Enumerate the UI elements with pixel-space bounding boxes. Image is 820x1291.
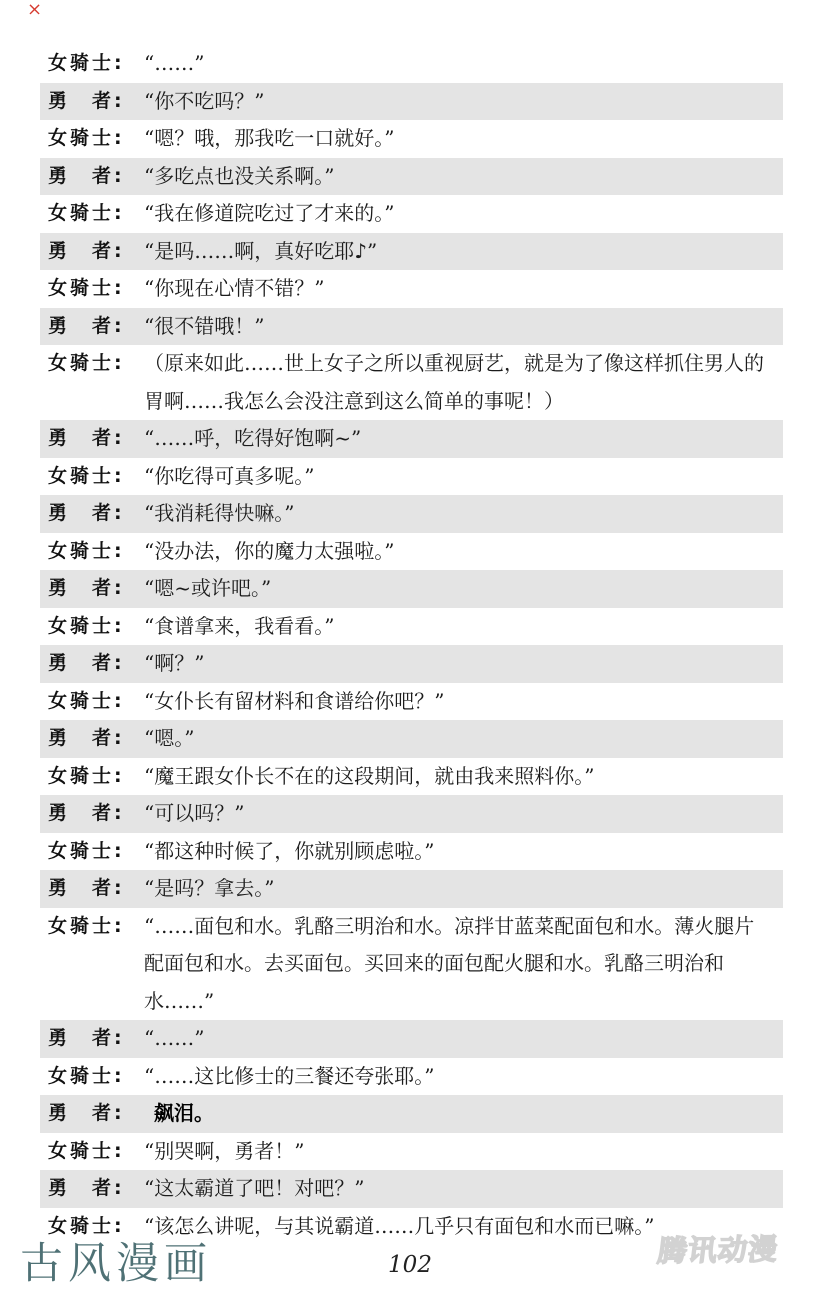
dialogue-text: “……呼，吃得好饱啊~” — [144, 420, 361, 458]
dialogue-line: “女仆长有留材料和食谱给你吧？” — [144, 683, 444, 721]
dialogue-row: 勇 者:“这太霸道了吧！对吧？” — [40, 1170, 783, 1208]
dialogue-row: 女骑士:“没办法，你的魔力太强啦。” — [40, 533, 783, 571]
dialogue-text: “该怎么讲呢，与其说霸道……几乎只有面包和水而已嘛。” — [144, 1208, 654, 1246]
speaker-label: 勇 者: — [48, 720, 138, 758]
speaker-label: 女骑士: — [48, 345, 138, 383]
speaker-label: 勇 者: — [48, 1020, 138, 1058]
dialogue-text: “都这种时候了，你就别顾虑啦。” — [144, 833, 434, 871]
close-icon[interactable]: × — [27, 0, 42, 20]
dialogue-row: 勇 者:“……呼，吃得好饱啊~” — [40, 420, 783, 458]
dialogue-text: “很不错哦！” — [144, 308, 264, 346]
dialogue-row: 女骑士:“……这比修士的三餐还夸张耶。” — [40, 1058, 783, 1096]
dialogue-line: 水……” — [144, 983, 754, 1021]
dialogue-line: “……这比修士的三餐还夸张耶。” — [144, 1058, 434, 1096]
dialogue-line: “……” — [144, 1020, 204, 1058]
dialogue-line: “魔王跟女仆长不在的这段期间，就由我来照料你。” — [144, 758, 594, 796]
speaker-label: 勇 者: — [48, 420, 138, 458]
dialogue-text: “你不吃吗？” — [144, 83, 264, 121]
speaker-label: 女骑士: — [48, 195, 138, 233]
dialogue-line: “没办法，你的魔力太强啦。” — [144, 533, 394, 571]
dialogue-line: “都这种时候了，你就别顾虑啦。” — [144, 833, 434, 871]
dialogue-text: “嗯~或许吧。” — [144, 570, 271, 608]
dialogue-text: “我在修道院吃过了才来的。” — [144, 195, 394, 233]
speaker-label: 勇 者: — [48, 1095, 138, 1133]
dialogue-text: “女仆长有留材料和食谱给你吧？” — [144, 683, 444, 721]
speaker-label: 女骑士: — [48, 608, 138, 646]
dialogue-row: 勇 者:“是吗……啊，真好吃耶♪” — [40, 233, 783, 271]
dialogue-line: “这太霸道了吧！对吧？” — [144, 1170, 364, 1208]
dialogue-row: 女骑士:“你现在心情不错？” — [40, 270, 783, 308]
dialogue-line: “我在修道院吃过了才来的。” — [144, 195, 394, 233]
dialogue-line: 配面包和水。去买面包。买回来的面包配火腿和水。乳酪三明治和 — [144, 945, 754, 983]
speaker-label: 勇 者: — [48, 495, 138, 533]
speaker-label: 女骑士: — [48, 270, 138, 308]
dialogue-text: “……” — [144, 1020, 204, 1058]
speaker-label: 勇 者: — [48, 645, 138, 683]
dialogue-row: 勇 者:“嗯。” — [40, 720, 783, 758]
speaker-label: 女骑士: — [48, 758, 138, 796]
dialogue-text: “……面包和水。乳酪三明治和水。凉拌甘蓝菜配面包和水。薄火腿片配面包和水。去买面… — [144, 908, 754, 1021]
dialogue-text: “你吃得可真多呢。” — [144, 458, 314, 496]
dialogue-line: “我消耗得快嘛。” — [144, 495, 294, 533]
dialogue-text: “……” — [144, 45, 204, 83]
dialogue-text: “魔王跟女仆长不在的这段期间，就由我来照料你。” — [144, 758, 594, 796]
dialogue-row: 勇 者:“是吗？拿去。” — [40, 870, 783, 908]
dialogue-text: “是吗……啊，真好吃耶♪” — [144, 233, 377, 271]
speaker-label: 女骑士: — [48, 833, 138, 871]
dialogue-row: 女骑士:“魔王跟女仆长不在的这段期间，就由我来照料你。” — [40, 758, 783, 796]
dialogue-row: 勇 者:“……” — [40, 1020, 783, 1058]
dialogue-line: “……” — [144, 45, 204, 83]
dialogue-row: 女骑士:“别哭啊，勇者！” — [40, 1133, 783, 1171]
speaker-label: 女骑士: — [48, 45, 138, 83]
speaker-label: 女骑士: — [48, 458, 138, 496]
dialogue-row: 勇 者:“很不错哦！” — [40, 308, 783, 346]
dialogue-line: “你不吃吗？” — [144, 83, 264, 121]
speaker-label: 勇 者: — [48, 1170, 138, 1208]
speaker-label: 勇 者: — [48, 870, 138, 908]
dialogue-text: “别哭啊，勇者！” — [144, 1133, 304, 1171]
speaker-label: 勇 者: — [48, 83, 138, 121]
dialogue-line: “是吗？拿去。” — [144, 870, 274, 908]
speaker-label: 勇 者: — [48, 308, 138, 346]
dialogue-text: （原来如此……世上女子之所以重视厨艺，就是为了像这样抓住男人的胃啊……我怎么会没… — [144, 345, 764, 420]
dialogue-row: 勇 者:飙泪。 — [40, 1095, 783, 1133]
dialogue-row: 勇 者:“嗯~或许吧。” — [40, 570, 783, 608]
dialogue-row: 女骑士:“……” — [40, 45, 783, 83]
dialogue-text: “这太霸道了吧！对吧？” — [144, 1170, 364, 1208]
speaker-label: 女骑士: — [48, 683, 138, 721]
dialogue-line: （原来如此……世上女子之所以重视厨艺，就是为了像这样抓住男人的 — [144, 345, 764, 383]
dialogue-line: “食谱拿来，我看看。” — [144, 608, 334, 646]
speaker-label: 女骑士: — [48, 533, 138, 571]
dialogue-line: “嗯？哦，那我吃一口就好。” — [144, 120, 394, 158]
dialogue-text: “是吗？拿去。” — [144, 870, 274, 908]
dialogue-line: 胃啊……我怎么会没注意到这么简单的事呢！） — [144, 383, 764, 421]
dialogue-line: 飙泪。 — [154, 1095, 214, 1133]
dialogue-line: “别哭啊，勇者！” — [144, 1133, 304, 1171]
dialogue-row: 女骑士:（原来如此……世上女子之所以重视厨艺，就是为了像这样抓住男人的胃啊……我… — [40, 345, 783, 420]
dialogue-transcript: 女骑士:“……”勇 者:“你不吃吗？”女骑士:“嗯？哦，那我吃一口就好。”勇 者… — [40, 45, 783, 1245]
dialogue-line: “是吗……啊，真好吃耶♪” — [144, 233, 377, 271]
dialogue-row: 女骑士:“你吃得可真多呢。” — [40, 458, 783, 496]
dialogue-row: 女骑士:“我在修道院吃过了才来的。” — [40, 195, 783, 233]
speaker-label: 勇 者: — [48, 795, 138, 833]
dialogue-row: 勇 者:“啊？” — [40, 645, 783, 683]
dialogue-text: “嗯。” — [144, 720, 194, 758]
dialogue-row: 女骑士:“……面包和水。乳酪三明治和水。凉拌甘蓝菜配面包和水。薄火腿片配面包和水… — [40, 908, 783, 1021]
dialogue-text: “你现在心情不错？” — [144, 270, 324, 308]
dialogue-line: “……面包和水。乳酪三明治和水。凉拌甘蓝菜配面包和水。薄火腿片 — [144, 908, 754, 946]
dialogue-text: 飙泪。 — [154, 1095, 214, 1133]
dialogue-text: “我消耗得快嘛。” — [144, 495, 294, 533]
dialogue-line: “很不错哦！” — [144, 308, 264, 346]
tencent-comics-watermark: 腾讯动漫 — [655, 1229, 780, 1271]
dialogue-line: “该怎么讲呢，与其说霸道……几乎只有面包和水而已嘛。” — [144, 1208, 654, 1246]
dialogue-row: 勇 者:“可以吗？” — [40, 795, 783, 833]
dialogue-row: 勇 者:“我消耗得快嘛。” — [40, 495, 783, 533]
dialogue-row: 女骑士:“食谱拿来，我看看。” — [40, 608, 783, 646]
dialogue-line: “可以吗？” — [144, 795, 244, 833]
dialogue-line: “嗯~或许吧。” — [144, 570, 271, 608]
dialogue-line: “嗯。” — [144, 720, 194, 758]
dialogue-text: “嗯？哦，那我吃一口就好。” — [144, 120, 394, 158]
dialogue-text: “啊？” — [144, 645, 204, 683]
dialogue-text: “多吃点也没关系啊。” — [144, 158, 334, 196]
dialogue-row: 女骑士:“女仆长有留材料和食谱给你吧？” — [40, 683, 783, 721]
speaker-label: 女骑士: — [48, 1133, 138, 1171]
dialogue-line: “多吃点也没关系啊。” — [144, 158, 334, 196]
dialogue-text: “没办法，你的魔力太强啦。” — [144, 533, 394, 571]
dialogue-row: 勇 者:“多吃点也没关系啊。” — [40, 158, 783, 196]
dialogue-row: 勇 者:“你不吃吗？” — [40, 83, 783, 121]
dialogue-row: 女骑士:“都这种时候了，你就别顾虑啦。” — [40, 833, 783, 871]
dialogue-text: “……这比修士的三餐还夸张耶。” — [144, 1058, 434, 1096]
dialogue-row: 女骑士:“嗯？哦，那我吃一口就好。” — [40, 120, 783, 158]
speaker-label: 勇 者: — [48, 233, 138, 271]
dialogue-text: “可以吗？” — [144, 795, 244, 833]
dialogue-line: “你现在心情不错？” — [144, 270, 324, 308]
dialogue-line: “……呼，吃得好饱啊~” — [144, 420, 361, 458]
speaker-label: 勇 者: — [48, 570, 138, 608]
dialogue-text: “食谱拿来，我看看。” — [144, 608, 334, 646]
speaker-label: 女骑士: — [48, 120, 138, 158]
dialogue-line: “你吃得可真多呢。” — [144, 458, 314, 496]
speaker-label: 女骑士: — [48, 1058, 138, 1096]
dialogue-line: “啊？” — [144, 645, 204, 683]
speaker-label: 女骑士: — [48, 908, 138, 946]
speaker-label: 勇 者: — [48, 158, 138, 196]
